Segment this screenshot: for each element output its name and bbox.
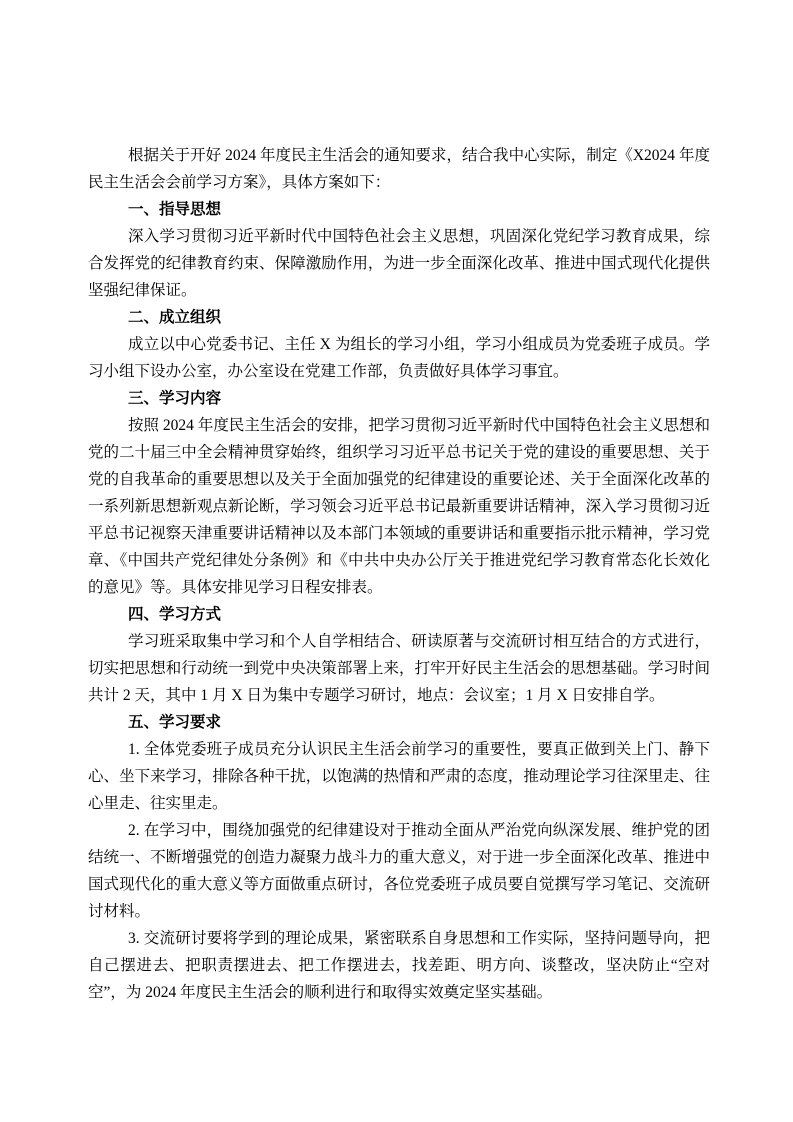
section-paragraph-item-1: 1. 全体党委班子成员充分认识民主生活会前学习的重要性，要真正做到关上门、静下心…: [88, 736, 710, 817]
section-paragraph-item-2: 2. 在学习中，围绕加强党的纪律建设对于推动全面从严治党向纵深发展、维护党的团结…: [88, 817, 710, 925]
section-heading-guiding-ideology: 一、指导思想: [88, 196, 710, 223]
section-heading-study-content: 三、学习内容: [88, 385, 710, 412]
section-paragraph-item-3: 3. 交流研讨要将学到的理论成果，紧密联系自身思想和工作实际，坚持问题导向，把自…: [88, 925, 710, 1006]
document-body: 根据关于开好 2024 年度民主生活会的通知要求，结合我中心实际，制定《X202…: [88, 142, 710, 1006]
section-paragraph: 按照 2024 年度民主生活会的安排，把学习贯彻习近平新时代中国特色社会主义思想…: [88, 412, 710, 601]
section-heading-establish-organization: 二、成立组织: [88, 304, 710, 331]
section-paragraph: 成立以中心党委书记、主任 X 为组长的学习小组，学习小组成员为党委班子成员。学习…: [88, 331, 710, 385]
section-heading-study-requirements: 五、学习要求: [88, 709, 710, 736]
intro-paragraph: 根据关于开好 2024 年度民主生活会的通知要求，结合我中心实际，制定《X202…: [88, 142, 710, 196]
section-paragraph: 深入学习贯彻习近平新时代中国特色社会主义思想，巩固深化党纪学习教育成果，综合发挥…: [88, 223, 710, 304]
section-heading-study-method: 四、学习方式: [88, 601, 710, 628]
document-page: { "meta": { "background_color": "#ffffff…: [0, 0, 793, 1122]
section-paragraph: 学习班采取集中学习和个人自学相结合、研读原著与交流研讨相互结合的方式进行，切实把…: [88, 628, 710, 709]
